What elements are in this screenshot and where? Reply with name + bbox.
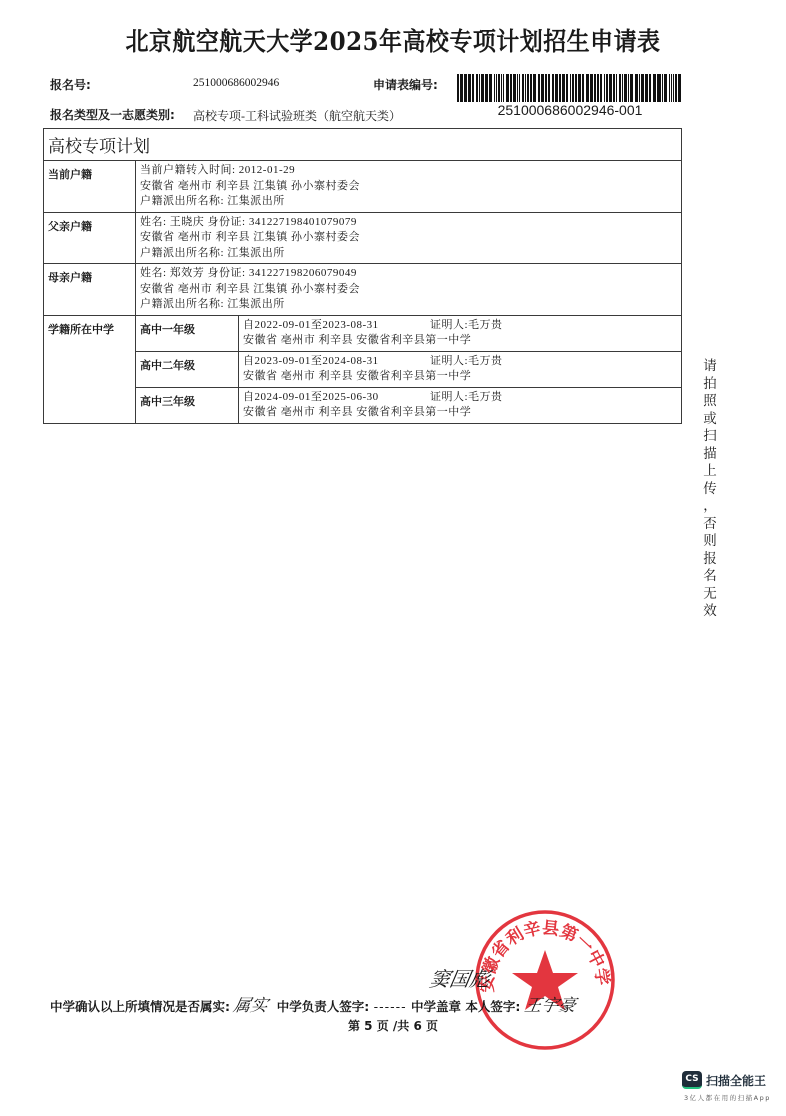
grade-info: 自2023-09-01至2024-08-31证明人:毛万贵 安徽省 亳州市 利辛… bbox=[239, 351, 682, 387]
grade-info: 自2022-09-01至2023-08-31证明人:毛万贵 安徽省 亳州市 利辛… bbox=[239, 315, 682, 351]
table-row: 母亲户籍 姓名: 郑效芳 身份证: 341227198206079049 安徽省… bbox=[44, 264, 682, 316]
self-signature: 王宇豪 bbox=[523, 991, 578, 1016]
text-line: 安徽省 亳州市 利辛县 江集镇 孙小寨村委会 bbox=[140, 179, 677, 195]
text-line: 姓名: 郑效芳 身份证: 341227198206079049 bbox=[140, 266, 677, 282]
application-table: 高校专项计划 当前户籍 当前户籍转入时间: 2012-01-29 安徽省 亳州市… bbox=[43, 128, 682, 424]
watermark-app-name: 扫描全能王 bbox=[706, 1072, 766, 1089]
father-hukou-info: 姓名: 王晓庆 身份证: 341227198401079079 安徽省 亳州市 … bbox=[136, 212, 682, 264]
witness: 证明人:毛万贵 bbox=[430, 354, 503, 370]
footer-confirmation: 中学确认以上所填情况是否属实: 属实 中学负责人签字: ------ 中学盖章 … bbox=[50, 991, 576, 1016]
current-hukou-label: 当前户籍 bbox=[44, 161, 136, 213]
registration-label: 报名号: bbox=[50, 76, 91, 93]
principal-label: 中学负责人签字: bbox=[277, 999, 370, 1014]
grade-label: 高中三年级 bbox=[136, 387, 239, 423]
registration-number: 251000686002946 bbox=[193, 77, 279, 89]
table-row: 高中二年级 自2023-09-01至2024-08-31证明人:毛万贵 安徽省 … bbox=[44, 351, 682, 387]
scanner-watermark: CS 扫描全能王 bbox=[682, 1071, 766, 1089]
current-hukou-info: 当前户籍转入时间: 2012-01-29 安徽省 亳州市 利辛县 江集镇 孙小寨… bbox=[136, 161, 682, 213]
watermark-tagline: 3亿人都在用的扫描App bbox=[684, 1093, 771, 1102]
mother-hukou-label: 母亲户籍 bbox=[44, 264, 136, 316]
camscanner-logo-icon: CS bbox=[682, 1071, 702, 1089]
text-line: 户籍派出所名称: 江集派出所 bbox=[140, 246, 677, 262]
text-line: 户籍派出所名称: 江集派出所 bbox=[140, 194, 677, 210]
mother-hukou-info: 姓名: 郑效芳 身份证: 341227198206079049 安徽省 亳州市 … bbox=[136, 264, 682, 316]
principal-signature: 窦国彪 bbox=[427, 963, 492, 992]
self-sign-label: 本人签字: bbox=[465, 999, 520, 1014]
table-row: 学籍所在中学 高中一年级 自2022-09-01至2023-08-31证明人:毛… bbox=[44, 315, 682, 351]
text-line: 姓名: 王晓庆 身份证: 341227198401079079 bbox=[140, 215, 677, 231]
period: 自2023-09-01至2024-08-31 bbox=[243, 354, 430, 370]
confirm-label: 中学确认以上所填情况是否属实: bbox=[50, 999, 230, 1014]
table-row: 父亲户籍 姓名: 王晓庆 身份证: 341227198401079079 安徽省… bbox=[44, 212, 682, 264]
barcode bbox=[457, 74, 683, 102]
category-label: 报名类型及一志愿类别: bbox=[50, 106, 175, 123]
school-name: 安徽省 亳州市 利辛县 安徽省利辛县第一中学 bbox=[243, 333, 677, 349]
category-value: 高校专项-工科试验班类（航空航天类） bbox=[193, 107, 401, 124]
principal-dash: ------ bbox=[374, 999, 407, 1014]
side-note: 请拍照或扫描上传，否则报名无效 bbox=[700, 358, 720, 621]
school-label: 学籍所在中学 bbox=[44, 315, 136, 423]
text-line: 户籍派出所名称: 江集派出所 bbox=[140, 297, 677, 313]
section-title: 高校专项计划 bbox=[44, 129, 682, 161]
grade-label: 高中一年级 bbox=[136, 315, 239, 351]
text-line: 安徽省 亳州市 利辛县 江集镇 孙小寨村委会 bbox=[140, 282, 677, 298]
confirm-signature: 属实 bbox=[232, 991, 270, 1016]
table-row: 当前户籍 当前户籍转入时间: 2012-01-29 安徽省 亳州市 利辛县 江集… bbox=[44, 161, 682, 213]
grade-label: 高中二年级 bbox=[136, 351, 239, 387]
text-line: 安徽省 亳州市 利辛县 江集镇 孙小寨村委会 bbox=[140, 230, 677, 246]
school-name: 安徽省 亳州市 利辛县 安徽省利辛县第一中学 bbox=[243, 369, 677, 385]
seal-label: 中学盖章 bbox=[411, 999, 461, 1014]
period: 自2024-09-01至2025-06-30 bbox=[243, 390, 430, 406]
form-title: 北京航空航天大学2025年高校专项计划招生申请表 bbox=[31, 22, 754, 58]
text-line: 当前户籍转入时间: 2012-01-29 bbox=[140, 163, 677, 179]
grade-info: 自2024-09-01至2025-06-30证明人:毛万贵 安徽省 亳州市 利辛… bbox=[239, 387, 682, 423]
witness: 证明人:毛万贵 bbox=[430, 390, 503, 406]
barcode-number: 251000686002946-001 bbox=[457, 102, 683, 118]
witness: 证明人:毛万贵 bbox=[430, 318, 503, 334]
father-hukou-label: 父亲户籍 bbox=[44, 212, 136, 264]
form-number-label: 申请表编号: bbox=[373, 76, 438, 93]
page-indicator: 第 5 页 /共 6 页 bbox=[0, 1017, 786, 1034]
period: 自2022-09-01至2023-08-31 bbox=[243, 318, 430, 334]
school-name: 安徽省 亳州市 利辛县 安徽省利辛县第一中学 bbox=[243, 405, 677, 421]
table-row: 高中三年级 自2024-09-01至2025-06-30证明人:毛万贵 安徽省 … bbox=[44, 387, 682, 423]
